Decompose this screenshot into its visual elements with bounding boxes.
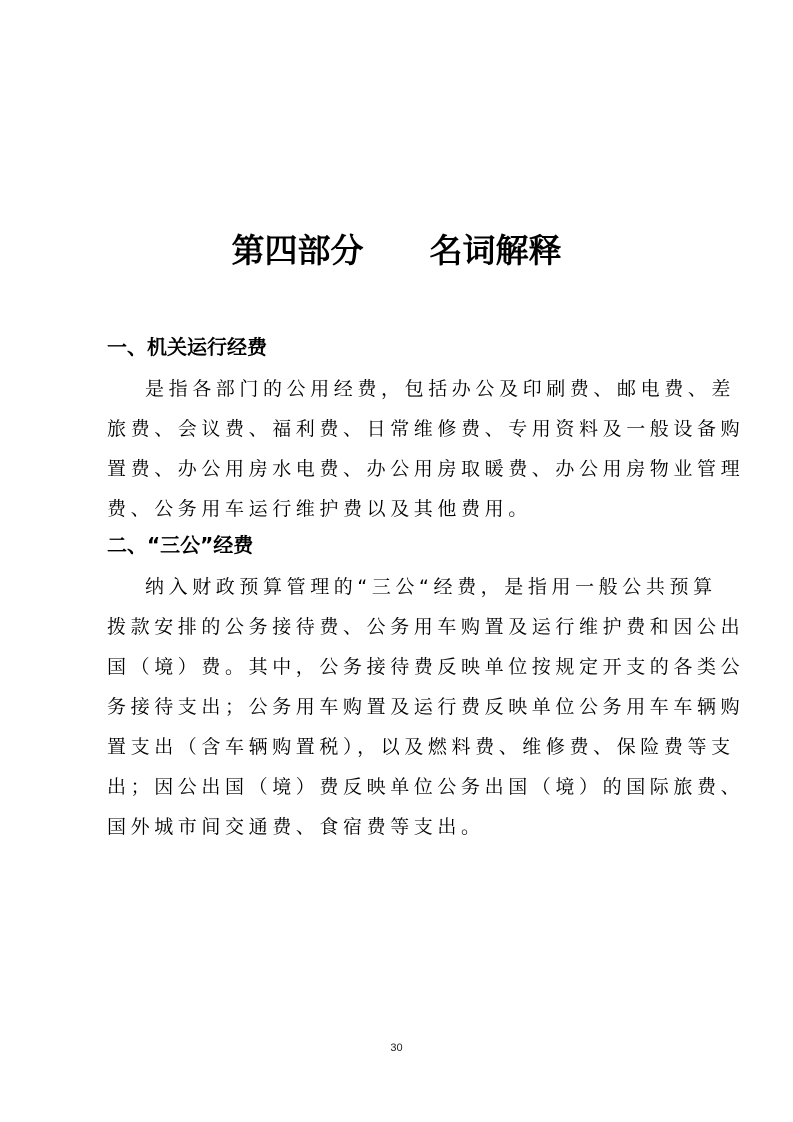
paragraph-line: 是指各部门的公用经费，包括办公及印刷费、邮电费、差 <box>107 369 687 409</box>
title-part: 第四部分 <box>232 226 364 276</box>
paragraph-line: 置费、办公用房水电费、办公用房取暖费、办公用房物业管理 <box>107 449 687 489</box>
section-heading-operating-expenses: 一、机关运行经费 <box>107 333 687 361</box>
section-heading-three-public-expenses: 二、“三公”经费 <box>107 531 687 559</box>
paragraph-line: 出；因公出国（境）费反映单位公务出国（境）的国际旅费、 <box>107 767 687 807</box>
paragraph-line: 置支出（含车辆购置税），以及燃料费、维修费、保险费等支 <box>107 727 687 767</box>
page-number: 30 <box>0 1041 793 1055</box>
paragraph-line: 国（境）费。其中，公务接待费反映单位按规定开支的各类公 <box>107 647 687 687</box>
section-paragraph-operating-expenses: 是指各部门的公用经费，包括办公及印刷费、邮电费、差 旅费、会议费、福利费、日常维… <box>107 369 687 529</box>
paragraph-line: 纳入财政预算管理的“三公“经费，是指用一般公共预算 <box>107 567 687 607</box>
page-title: 第四部分名词解释 <box>0 226 793 276</box>
document-body: 一、机关运行经费 是指各部门的公用经费，包括办公及印刷费、邮电费、差 旅费、会议… <box>107 333 687 847</box>
section-paragraph-three-public-expenses: 纳入财政预算管理的“三公“经费，是指用一般公共预算 拨款安排的公务接待费、公务用… <box>107 567 687 847</box>
paragraph-line: 拨款安排的公务接待费、公务用车购置及运行维护费和因公出 <box>107 607 687 647</box>
paragraph-line: 务接待支出；公务用车购置及运行费反映单位公务用车车辆购 <box>107 687 687 727</box>
paragraph-line: 国外城市间交通费、食宿费等支出。 <box>107 807 687 847</box>
title-name: 名词解释 <box>430 226 562 276</box>
paragraph-line: 费、公务用车运行维护费以及其他费用。 <box>107 489 687 529</box>
paragraph-line: 旅费、会议费、福利费、日常维修费、专用资料及一般设备购 <box>107 409 687 449</box>
